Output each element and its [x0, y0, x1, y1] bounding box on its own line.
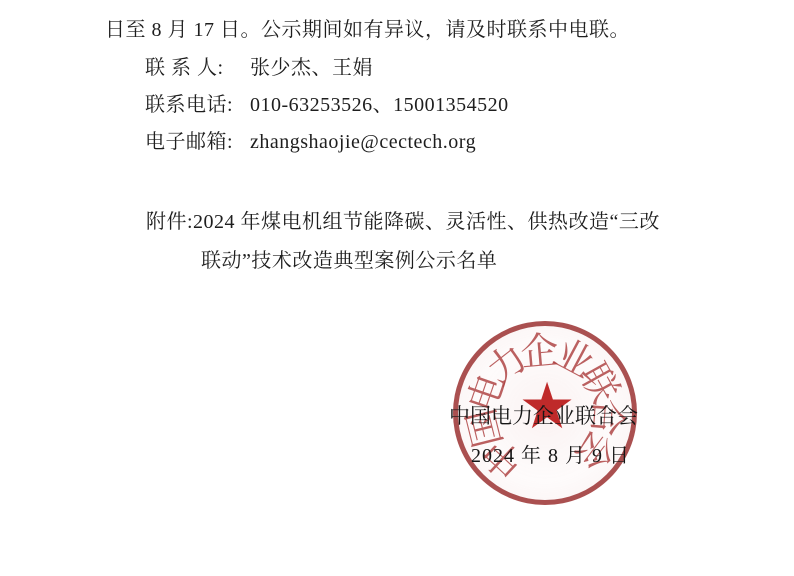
signature-date: 2024 年 8 月 9 日 — [471, 439, 630, 468]
attachment-title-part2: 联动”技术改造典型案例公示名单 — [201, 247, 497, 275]
document-page: 日至 8 月 17 日。公示期间如有异议，请及时联系中电联。 联 系 人:张少杰… — [0, 0, 794, 576]
contact-phone-value: 010-63253526、15001354520 — [250, 94, 509, 116]
notice-intro-line: 日至 8 月 17 日。公示期间如有异议，请及时联系中电联。 — [105, 16, 630, 44]
attachment-line-1: 附件:2024 年煤电机组节能降碳、灵活性、供热改造“三改 — [146, 208, 660, 236]
contact-email-line: 电子邮箱:zhangshaojie@cectech.org — [145, 128, 476, 156]
contact-person-line: 联 系 人:张少杰、王娟 — [145, 54, 373, 82]
contact-phone-label: 联系电话: — [145, 91, 239, 119]
attachment-label: 附件: — [146, 208, 184, 236]
contact-email-label: 电子邮箱: — [145, 128, 239, 156]
contact-person-value: 张少杰、王娟 — [250, 57, 373, 79]
contact-phone-line: 联系电话:010-63253526、15001354520 — [145, 91, 509, 119]
attachment-title-part1: 2024 年煤电机组节能降碳、灵活性、供热改造“三改 — [193, 211, 660, 233]
signature-organization: 中国电力企业联合会 — [449, 400, 638, 430]
contact-email-value: zhangshaojie@cectech.org — [250, 131, 476, 153]
contact-person-label: 联 系 人: — [145, 54, 239, 82]
